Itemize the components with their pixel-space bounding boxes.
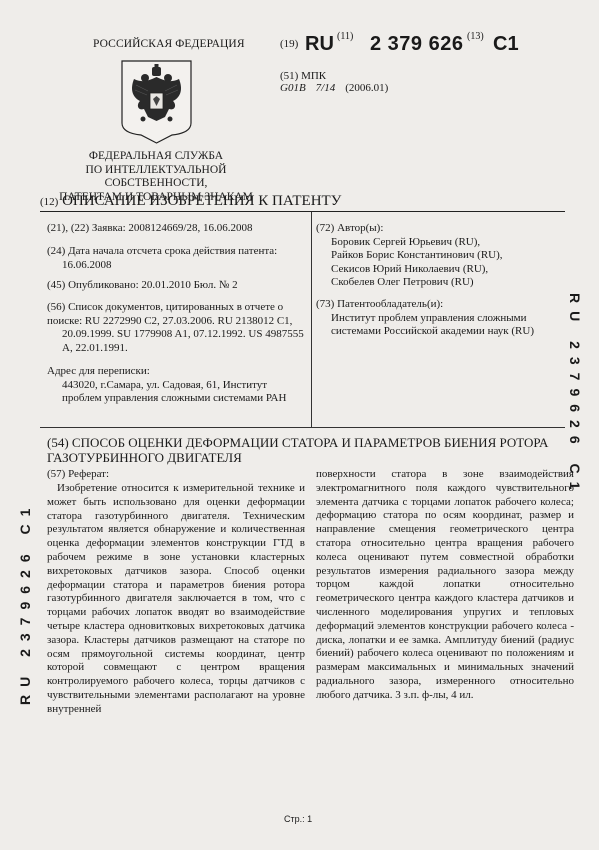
owner-field: (73) Патентообладатель(и): Институт проб…: [316, 298, 566, 339]
section-divider: [40, 427, 565, 428]
address-field: Адрес для переписки: 443020, г.Самара, у…: [47, 365, 307, 406]
author-item: Райков Борис Константинович (RU),: [316, 249, 566, 263]
authors-field: (72) Автор(ы): Боровик Сергей Юрьевич (R…: [316, 222, 566, 290]
ipc-group: 7/14: [316, 82, 336, 94]
country-code: RU: [305, 33, 334, 56]
term-start-field: (24) Дата начала отсчета срока действия …: [47, 245, 307, 272]
ipc-label: (51) МПК: [280, 70, 326, 82]
kind-code: C1: [493, 33, 519, 56]
abstract-left-column: Изобретение относится к измерительной те…: [47, 482, 305, 717]
ipc-version: (2006.01): [345, 82, 388, 94]
ipc-classification: G01B7/14(2006.01): [280, 82, 388, 94]
document-title-code: (12): [40, 196, 58, 208]
author-item: Боровик Сергей Юрьевич (RU),: [316, 236, 566, 250]
application-field: (21), (22) Заявка: 2008124669/28, 16.06.…: [47, 222, 307, 236]
page-number: Стр.: 1: [284, 814, 312, 824]
inid-code-13: (13): [467, 31, 484, 42]
patent-page: РОССИЙСКАЯ ФЕДЕРАЦИЯ ФЕДЕРА: [0, 0, 599, 850]
publication-field: (45) Опубликовано: 20.01.2010 Бюл. № 2: [47, 279, 307, 293]
patent-number: 2 379 626: [370, 33, 463, 56]
right-margin-patent-id: RU 2379626 C1: [567, 293, 583, 497]
russian-coat-of-arms-icon: [120, 59, 193, 145]
country-name: РОССИЙСКАЯ ФЕДЕРАЦИЯ: [93, 38, 245, 50]
left-margin-patent-id: RU 2379626 C1: [17, 501, 33, 705]
inid-code-19: (19): [280, 38, 298, 50]
citations-field: (56) Список документов, цитированных в о…: [47, 301, 307, 355]
invention-title: (54) СПОСОБ ОЦЕНКИ ДЕФОРМАЦИИ СТАТОРА И …: [47, 435, 567, 465]
inid-code-11: (11): [337, 31, 353, 42]
author-item: Секисов Юрий Николаевич (RU),: [316, 263, 566, 277]
column-divider: [311, 212, 312, 427]
document-title-text: ОПИСАНИЕ ИЗОБРЕТЕНИЯ К ПАТЕНТУ: [62, 193, 341, 209]
document-title: (12) ОПИСАНИЕ ИЗОБРЕТЕНИЯ К ПАТЕНТУ: [40, 193, 565, 212]
author-item: Скобелев Олег Петрович (RU): [316, 276, 566, 290]
abstract-label: (57) Реферат:: [47, 468, 109, 480]
ipc-class: G01B: [280, 82, 306, 94]
abstract-right-column: поверхности статора в зоне взаимодействи…: [316, 468, 574, 703]
